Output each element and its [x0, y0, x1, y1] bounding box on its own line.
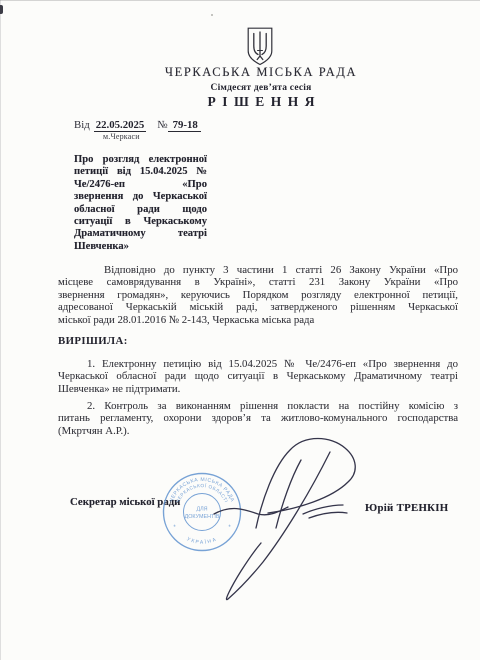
- date-number-line: Від22.05.2025№79-18: [74, 119, 201, 131]
- scan-artifact: [0, 5, 3, 14]
- organization-name: ЧЕРКАСЬКА МІСЬКА РАДА: [61, 65, 461, 80]
- intro-line: адресованої Черкаській міській раді, зат…: [58, 301, 458, 313]
- session-title: Сімдесят дев’ята сесія: [61, 83, 461, 93]
- document-page: ЧЕРКАСЬКА МІСЬКА РАДА Сімдесят дев’ята с…: [0, 0, 480, 660]
- item-line: питань регламенту, охорони здоров’я та ж…: [58, 412, 458, 424]
- from-label: Від: [74, 119, 90, 131]
- item-line: 1. Електронну петицію від 15.04.2025 № Ч…: [58, 358, 458, 370]
- item-line: 2. Контроль за виконанням рішення поклас…: [58, 400, 458, 412]
- resolved-label: ВИРІШИЛА:: [58, 335, 128, 347]
- subject-line: ситуації в Черкаському: [74, 216, 207, 228]
- scan-speck: [211, 14, 213, 16]
- scan-edge-top: [0, 0, 480, 1]
- subject-line: Драматичному театрі: [74, 228, 207, 240]
- handwritten-signature: [150, 430, 370, 610]
- item-line: Шевченка» не підтримати.: [58, 383, 458, 395]
- intro-paragraph: Відповідно до пункту 3 частини 1 статті …: [58, 264, 458, 326]
- trident-coat-of-arms-icon: [247, 27, 273, 66]
- subject-line: Шевченка»: [74, 241, 207, 253]
- subject-line: звернення до Черкаської: [74, 191, 207, 203]
- subject-line: Че/2476-еп «Про: [74, 179, 207, 191]
- number-sign: №: [157, 119, 167, 131]
- item-line: Черкаської обласної ради щодо ситуації в…: [58, 370, 458, 382]
- document-date: 22.05.2025: [94, 119, 147, 132]
- subject-line: петиції від 15.04.2025 №: [74, 166, 207, 178]
- intro-line: звернення громадян», керуючись Порядком …: [58, 289, 458, 301]
- intro-line: Відповідно до пункту 3 частини 1 статті …: [58, 264, 458, 276]
- document-type-title: РІШЕННЯ: [61, 94, 461, 110]
- decision-item-1: 1. Електронну петицію від 15.04.2025 № Ч…: [58, 358, 458, 395]
- scan-edge-left: [0, 0, 1, 660]
- city-label: м.Черкаси: [103, 132, 140, 141]
- subject-line: Про розгляд електронної: [74, 154, 207, 166]
- subject-block: Про розгляд електронної петиції від 15.0…: [74, 154, 207, 253]
- subject-line: обласної ради щодо: [74, 204, 207, 216]
- intro-line: місцеве самоврядування в Україні», статт…: [58, 276, 458, 288]
- document-number: 79-18: [168, 119, 201, 132]
- intro-line: міської ради 28.01.2016 № 2-143, Черкась…: [58, 314, 458, 326]
- signer-name: Юрій ТРЕНКІН: [365, 502, 449, 514]
